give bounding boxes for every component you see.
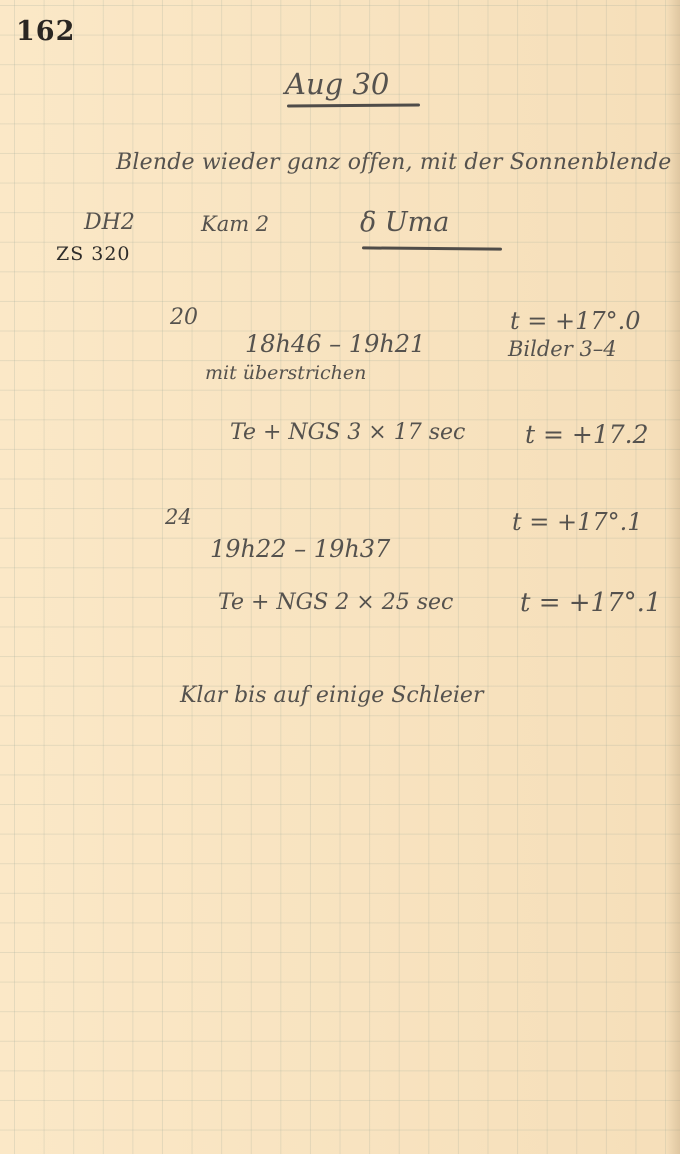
camera-label: Kam 2 [201, 212, 269, 236]
date-underline [287, 104, 420, 108]
series-number: 24 [165, 505, 192, 529]
target-underline [362, 246, 502, 250]
series-exposure-temperature: t = +17°.1 [520, 588, 661, 618]
series-exposure: Te + NGS 2 × 25 sec [218, 590, 453, 615]
series-pictures: Bilder 3–4 [508, 337, 617, 361]
instrument-label: DH2 [84, 210, 135, 235]
sky-conditions-summary: Klar bis auf einige Schleier [180, 683, 483, 708]
series-number: 20 [170, 305, 198, 330]
aperture-remark: Blende wieder ganz offen, mit der Sonnen… [116, 150, 671, 175]
series-note: mit überstrichen [205, 362, 366, 384]
entry-date: Aug 30 [285, 67, 389, 101]
series-temperature: t = +17°.1 [512, 508, 643, 536]
page-number: 162 [16, 16, 75, 47]
series-exposure: Te + NGS 3 × 17 sec [230, 420, 465, 445]
notebook-page: 162 Aug 30 Blende wieder ganz offen, mit… [0, 0, 680, 1154]
series-time-range: 19h22 – 19h37 [210, 535, 390, 563]
series-exposure-temperature: t = +17.2 [525, 420, 649, 449]
plate-label: ZS 320 [56, 243, 131, 265]
series-time-range: 18h46 – 19h21 [245, 330, 425, 358]
target-star: δ Uma [360, 207, 449, 238]
series-temperature: t = +17°.0 [510, 307, 641, 335]
